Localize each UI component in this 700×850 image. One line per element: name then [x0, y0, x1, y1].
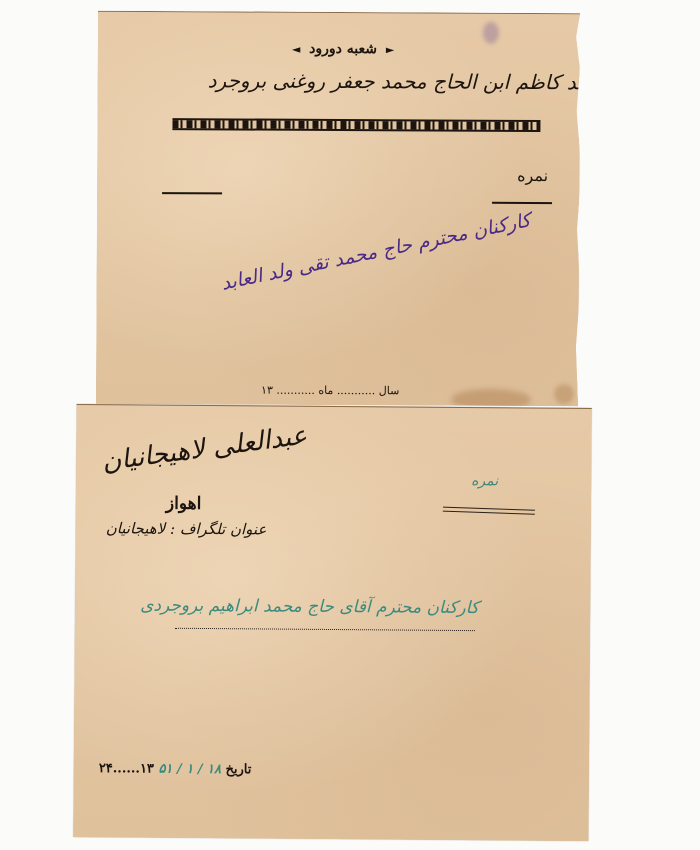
date-handwritten: ۱۸ / ۱ / ۵۱	[158, 762, 221, 777]
envelope-bottom: عبدالعلی لاهیجانیان اهواز عنوان تلگراف :…	[73, 404, 591, 841]
addressee-handwritten: کارکنان محترم آقای حاج محمد ابراهیم بروج…	[140, 595, 479, 618]
date-line: تاریخ ۱۸ / ۱ / ۵۱ ۱۳......۲۴	[99, 761, 252, 777]
edge-stain	[554, 384, 574, 404]
number-label: نمره	[517, 166, 548, 185]
sender-city: اهواز	[166, 494, 202, 514]
sender-name: عبدالعلی لاهیجانیان	[100, 421, 309, 478]
addressee-dotted-line	[175, 628, 475, 631]
date-line: سال ........... ماه ........... ۱۳	[261, 384, 399, 398]
blank-line-left	[162, 192, 222, 194]
ornament-right-icon: ►	[382, 43, 399, 56]
addressee-handwritten: کارکنان محترم حاج محمد تقی ولد العابد	[219, 209, 532, 294]
ink-stain	[483, 22, 499, 44]
number-label: نمره	[471, 473, 498, 489]
sender-name: حاجی محمد کاظم ابن الحاج محمد جعفر روغنی…	[208, 68, 667, 94]
envelope-top: ► شعبه دورود ◄ حاجی محمد کاظم ابن الحاج …	[96, 11, 580, 407]
telegraph-address: عنوان تلگراف : لاهیجانیان	[106, 519, 267, 538]
decorative-border	[172, 118, 540, 132]
branch-label-text: شعبه دورود	[309, 41, 377, 57]
number-blank-line	[443, 507, 535, 515]
number-blank-line	[492, 202, 552, 204]
date-suffix: ۱۳......۲۴	[99, 761, 154, 776]
ornament-left-icon: ◄	[288, 43, 305, 56]
date-prefix: تاریخ	[225, 762, 251, 777]
branch-label: ► شعبه دورود ◄	[288, 41, 399, 58]
